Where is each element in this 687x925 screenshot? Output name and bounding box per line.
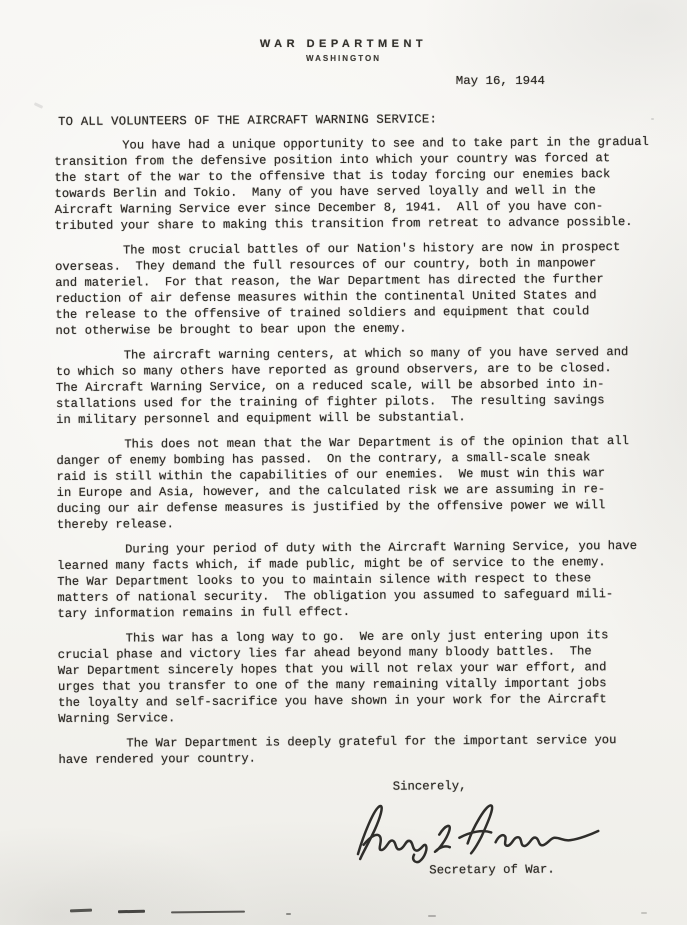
- letter-line: tributed your share to making this trans…: [55, 214, 652, 234]
- paragraph: The most crucial battles of our Nation's…: [55, 239, 653, 339]
- scanned-letter-page: WAR DEPARTMENT WASHINGTON May 16, 1944 T…: [0, 0, 687, 925]
- letter-body: You have had a unique opportunity to see…: [54, 134, 655, 768]
- letter-line: in military personnel and equipment will…: [56, 408, 653, 428]
- signature-ink-strokes: [342, 790, 610, 867]
- letter-line: thereby release.: [57, 513, 654, 533]
- scan-artifact-mark: [118, 910, 145, 913]
- scan-artifact-speck: [651, 118, 654, 120]
- scan-artifact-mark: [286, 913, 291, 915]
- paragraph: The War Department is deeply grateful fo…: [58, 732, 655, 768]
- date-row: May 16, 1944: [0, 74, 687, 88]
- paragraph: This does not mean that the War Departme…: [56, 433, 654, 533]
- letter-line: Warning Service.: [58, 707, 655, 727]
- letter-line: tary information remains in full effect.: [57, 602, 654, 622]
- letter-content: TO ALL VOLUNTEERS OF THE AIRCRAFT WARNIN…: [0, 111, 687, 881]
- letter-line: have rendered your country.: [58, 748, 655, 768]
- letter-date: May 16, 1944: [456, 74, 545, 88]
- paragraph: This war has a long way to go. We are on…: [58, 627, 656, 727]
- letter-line: not otherwise be brought to bear upon th…: [55, 319, 652, 339]
- scan-artifact-mark: [70, 909, 92, 912]
- letterhead: WAR DEPARTMENT WASHINGTON: [0, 0, 687, 63]
- scan-artifact-speck: [34, 102, 43, 109]
- signature-title: Secretary of War.: [429, 862, 687, 878]
- salutation: TO ALL VOLUNTEERS OF THE AIRCRAFT WARNIN…: [58, 111, 687, 129]
- scan-artifact-mark: [428, 915, 436, 917]
- paragraph: The aircraft warning centers, at which s…: [56, 344, 654, 428]
- letterhead-department: WAR DEPARTMENT: [0, 38, 687, 50]
- scan-artifact-mark: [641, 912, 647, 914]
- paragraph: During your period of duty with the Airc…: [57, 538, 655, 622]
- paragraph: You have had a unique opportunity to see…: [54, 134, 652, 234]
- scan-artifact-mark: [171, 911, 245, 914]
- letterhead-city: WASHINGTON: [0, 54, 687, 63]
- signature-henry-l-stimson: [343, 794, 687, 862]
- closing: Sincerely,: [393, 778, 687, 794]
